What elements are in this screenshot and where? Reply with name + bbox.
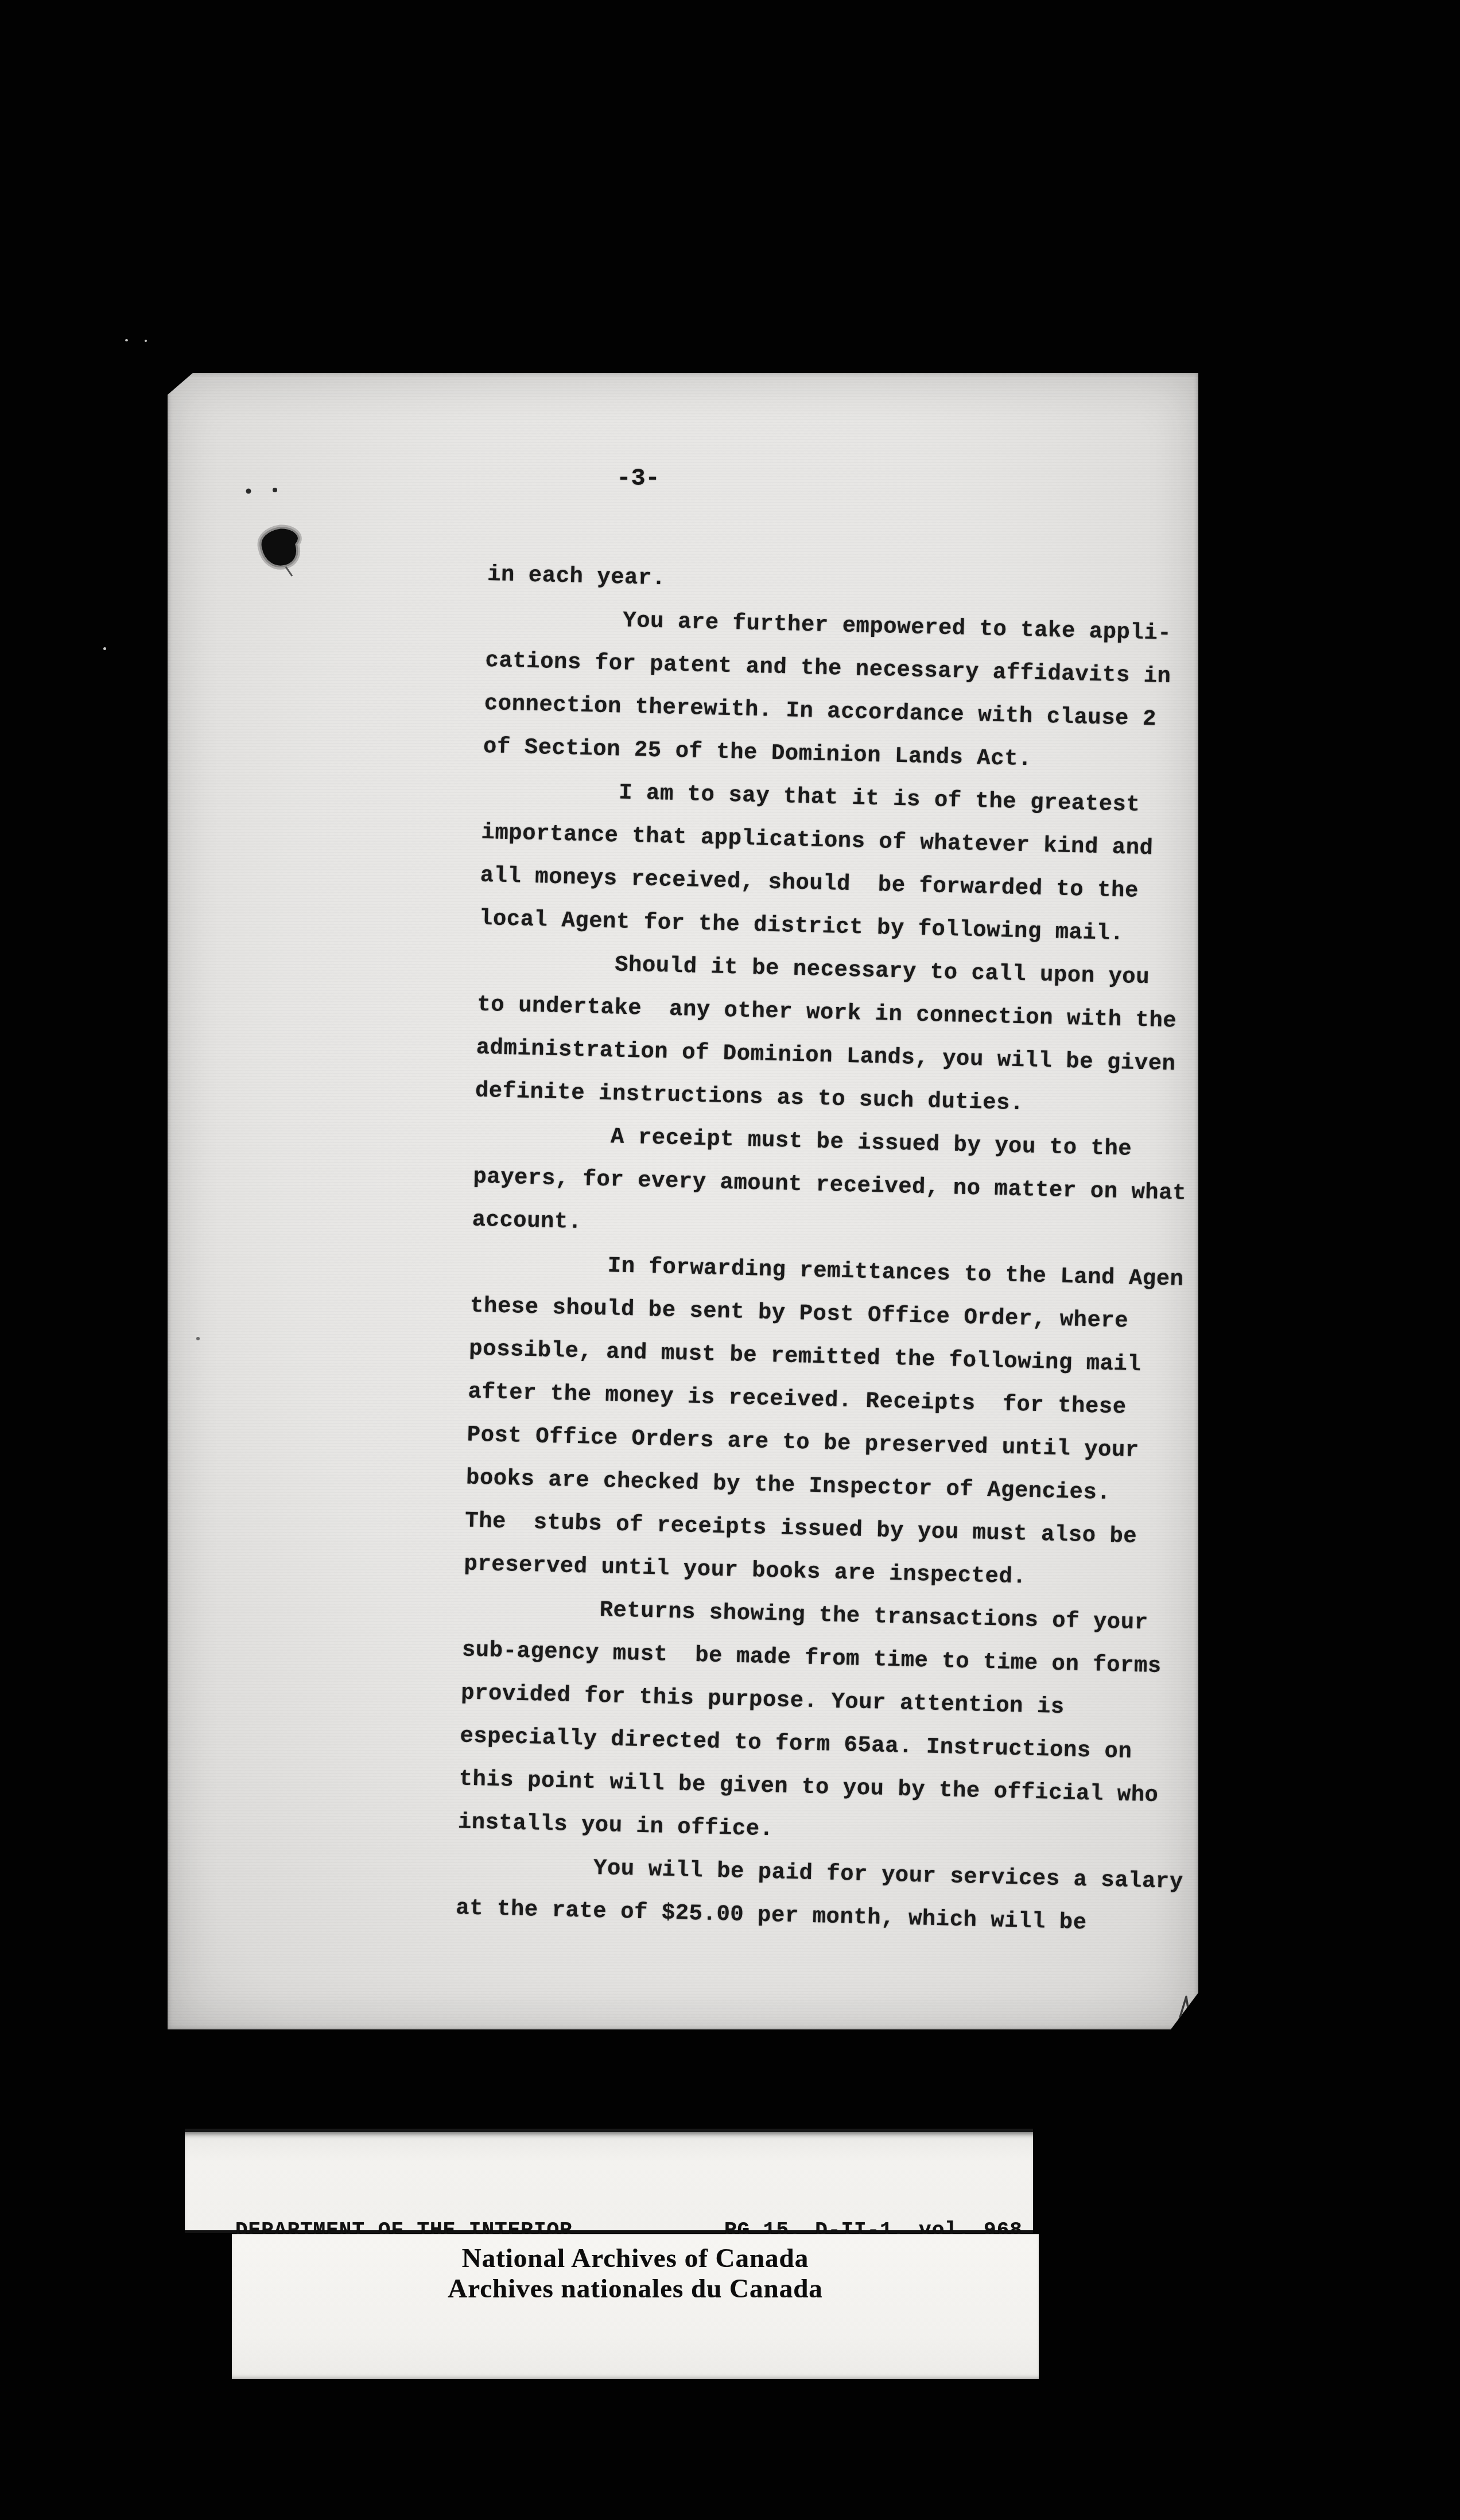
tear-scratch <box>286 567 292 576</box>
ink-dot <box>246 489 251 494</box>
dust-speck <box>125 339 128 341</box>
typewritten-text-block: in each year.You are further empowered t… <box>455 553 1199 1947</box>
tear-mark <box>259 527 300 567</box>
scanner-background: -3- in each year.You are further empower… <box>0 0 1460 2520</box>
page-number: -3- <box>607 465 670 492</box>
scanned-archive-image: { "colors": { "background": "#020202", "… <box>0 0 1460 2520</box>
ink-dot <box>273 488 277 492</box>
archive-reference-card: DEPARTMENT OF THE INTERIOR MINISTÈRE DE … <box>185 2129 1033 2233</box>
national-archives-card: National Archives of Canada Archives nat… <box>232 2234 1039 2379</box>
ink-dot <box>196 1337 200 1340</box>
dust-speck <box>145 340 147 342</box>
archives-name-fr: Archives nationales du Canada <box>232 2274 1039 2304</box>
pen-mark <box>1178 1997 1191 2027</box>
archives-name-en: National Archives of Canada <box>232 2243 1039 2274</box>
dust-speck <box>103 647 106 650</box>
document-page: -3- in each year.You are further empower… <box>168 373 1198 2029</box>
